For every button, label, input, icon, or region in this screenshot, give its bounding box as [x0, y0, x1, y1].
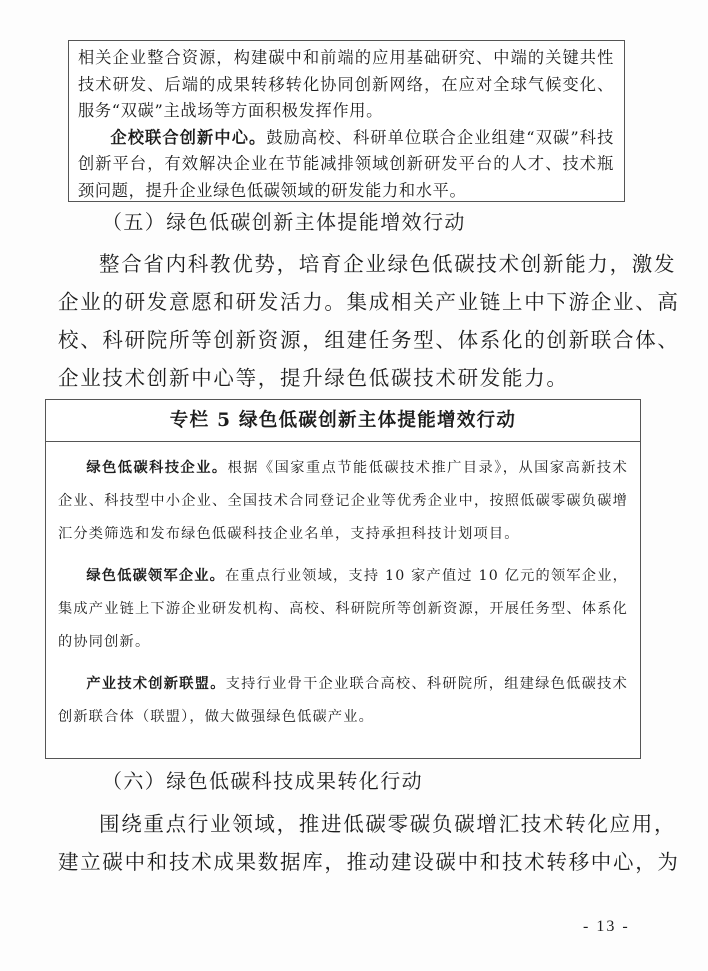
section-heading-5: （五）绿色低碳创新主体提能增效行动	[102, 206, 466, 235]
item-title: 产业技术创新联盟。	[86, 676, 225, 692]
text-line: 建立碳中和技术成果数据库，推动建设碳中和技术转移中心，为	[58, 843, 648, 881]
column-item: 产业技术创新联盟。支持行业骨干企业联合高校、科研院所，组建绿色低碳技术创新联合体…	[58, 668, 628, 734]
column-item: 绿色低碳领军企业。在重点行业领域，支持 10 家产值过 10 亿元的领军企业，集…	[58, 560, 628, 659]
column-item: 绿色低碳科技企业。根据《国家重点节能低碳技术推广目录》，从国家高新技术企业、科技…	[58, 452, 628, 551]
box-paragraph: 相关企业整合资源，构建碳中和前端的应用基础研究、中端的关键共性技术研发、后端的成…	[78, 45, 614, 125]
column-box-5: 专栏 5 绿色低碳创新主体提能增效行动 绿色低碳科技企业。根据《国家重点节能低碳…	[45, 399, 641, 759]
column-box-title: 专栏 5 绿色低碳创新主体提能增效行动	[46, 400, 640, 442]
text-line: 企业技术创新中心等，提升绿色低碳技术研发能力。	[58, 359, 648, 397]
box-continued-column: 相关企业整合资源，构建碳中和前端的应用基础研究、中端的关键共性技术研发、后端的成…	[68, 40, 625, 202]
text-line: 围绕重点行业领域，推进低碳零碳负碳增汇技术转化应用，	[58, 805, 648, 843]
column-box-body: 绿色低碳科技企业。根据《国家重点节能低碳技术推广目录》，从国家高新技术企业、科技…	[46, 442, 640, 734]
box-paragraph-center: 企校联合创新中心。鼓励高校、科研单位联合企业组建“双碳”科技创新平台，有效解决企…	[78, 125, 614, 205]
section-5-paragraph: 整合省内科教优势，培育企业绿色低碳技术创新能力，激发 企业的研发意愿和研发活力。…	[58, 245, 648, 397]
item-title: 绿色低碳科技企业。	[86, 460, 227, 476]
text-line: 整合省内科教优势，培育企业绿色低碳技术创新能力，激发	[58, 245, 648, 283]
page-number: - 13 -	[583, 918, 630, 936]
section-6-paragraph: 围绕重点行业领域，推进低碳零碳负碳增汇技术转化应用， 建立碳中和技术成果数据库，…	[58, 805, 648, 881]
section-heading-6: （六）绿色低碳科技成果转化行动	[102, 765, 423, 794]
text-line: 校、科研院所等创新资源，组建任务型、体系化的创新联合体、	[58, 321, 648, 359]
text-line: 企业的研发意愿和研发活力。集成相关产业链上中下游企业、高	[58, 283, 648, 321]
item-title: 企校联合创新中心。	[110, 128, 266, 147]
item-title: 绿色低碳领军企业。	[86, 568, 225, 584]
